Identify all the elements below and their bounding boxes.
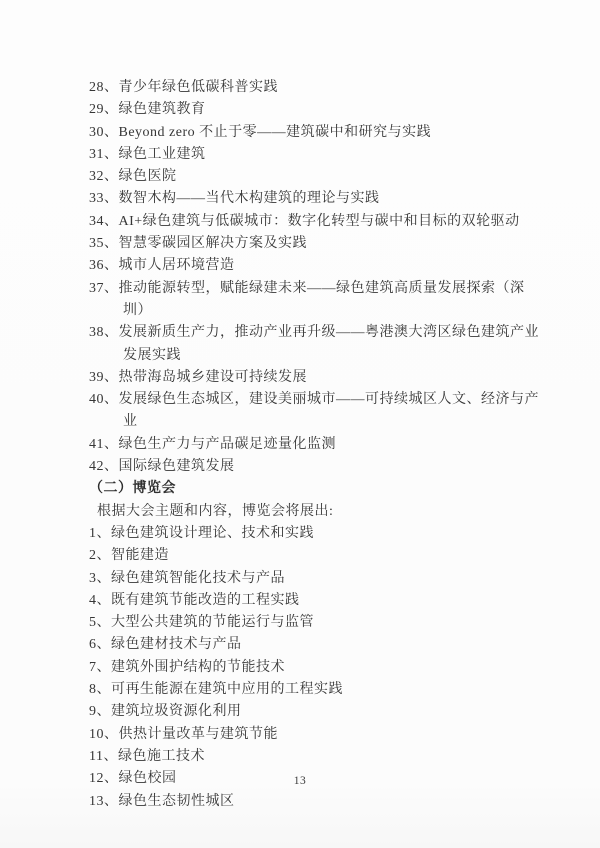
- forum-topic-item: 36、城市人居环境营造: [89, 255, 541, 277]
- forum-topic-item: 37、推动能源转型，赋能绿建未来——绿色建筑高质量发展探索（深圳）: [89, 278, 541, 323]
- expo-item: 9、建筑垃圾资源化利用: [89, 701, 541, 723]
- expo-item: 13、绿色生态韧性城区: [89, 791, 541, 813]
- expo-item: 8、可再生能源在建筑中应用的工程实践: [89, 679, 541, 701]
- expo-item: 2、智能建造: [89, 545, 541, 567]
- forum-topic-item: 29、绿色建筑教育: [89, 99, 541, 121]
- forum-topic-item: 38、发展新质生产力，推动产业再升级——粤港澳大湾区绿色建筑产业发展实践: [89, 322, 541, 367]
- forum-topic-item: 33、数智木构——当代木构建筑的理论与实践: [89, 188, 541, 210]
- forum-topic-item: 31、绿色工业建筑: [89, 144, 541, 166]
- page-number: 13: [0, 775, 600, 787]
- expo-item: 5、大型公共建筑的节能运行与监管: [89, 612, 541, 634]
- expo-item: 6、绿色建材技术与产品: [89, 634, 541, 656]
- document-page: 28、青少年绿色低碳科普实践 29、绿色建筑教育 30、Beyond zero …: [0, 0, 600, 848]
- expo-intro-paragraph: 根据大会主题和内容，博览会将展出:: [97, 501, 541, 523]
- forum-topic-item: 34、AI+绿色建筑与低碳城市：数字化转型与碳中和目标的双轮驱动: [89, 211, 541, 233]
- forum-topic-item: 35、智慧零碳园区解决方案及实践: [89, 233, 541, 255]
- page-content: 28、青少年绿色低碳科普实践 29、绿色建筑教育 30、Beyond zero …: [89, 77, 541, 813]
- section-heading-expo: （二）博览会: [89, 478, 541, 500]
- forum-topic-item: 39、热带海岛城乡建设可持续发展: [89, 367, 541, 389]
- forum-topic-item: 42、国际绿色建筑发展: [89, 456, 541, 478]
- expo-item: 7、建筑外围护结构的节能技术: [89, 657, 541, 679]
- expo-item: 11、绿色施工技术: [89, 746, 541, 768]
- forum-topic-item: 28、青少年绿色低碳科普实践: [89, 77, 541, 99]
- forum-topic-item: 40、发展绿色生态城区，建设美丽城市——可持续城区人文、经济与产业: [89, 389, 541, 434]
- forum-topic-item: 41、绿色生产力与产品碳足迹量化监测: [89, 434, 541, 456]
- expo-item: 3、绿色建筑智能化技术与产品: [89, 568, 541, 590]
- forum-topic-item: 30、Beyond zero 不止于零——建筑碳中和研究与实践: [89, 122, 541, 144]
- expo-item: 1、绿色建筑设计理论、技术和实践: [89, 523, 541, 545]
- expo-item: 4、既有建筑节能改造的工程实践: [89, 590, 541, 612]
- expo-item: 10、供热计量改革与建筑节能: [89, 724, 541, 746]
- forum-topic-item: 32、绿色医院: [89, 166, 541, 188]
